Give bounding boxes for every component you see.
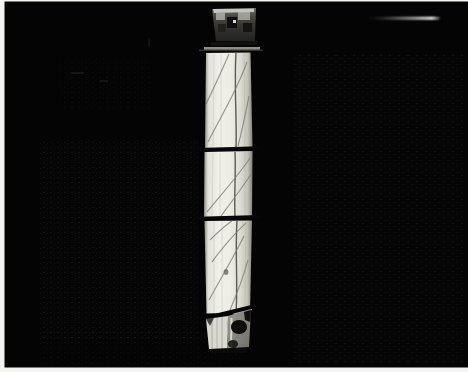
marble-dark-spot (224, 269, 229, 275)
shaft-seam-1 (198, 148, 261, 150)
capital-bright-patch (238, 12, 250, 20)
capital-bright-speck (233, 20, 236, 23)
faint-speck (148, 38, 150, 46)
light-streak (360, 17, 440, 21)
shadow-texture-upper-left (60, 58, 150, 108)
faint-speck (70, 72, 84, 74)
neck-highlight-line (204, 47, 260, 50)
capital-dark-patch (218, 24, 226, 32)
photograph (0, 0, 468, 372)
base-dark-blob (231, 320, 247, 334)
capital-bright-patch (216, 13, 225, 20)
capital-dark-patch (243, 23, 252, 32)
shaft-seam-2 (198, 217, 261, 219)
faint-speck (100, 80, 108, 82)
shadow-texture-right (293, 55, 465, 363)
shadow-texture-left (40, 140, 198, 340)
base-dark-blob (228, 340, 238, 348)
neck-faint-line (199, 50, 263, 51)
photo-canvas (0, 0, 468, 372)
